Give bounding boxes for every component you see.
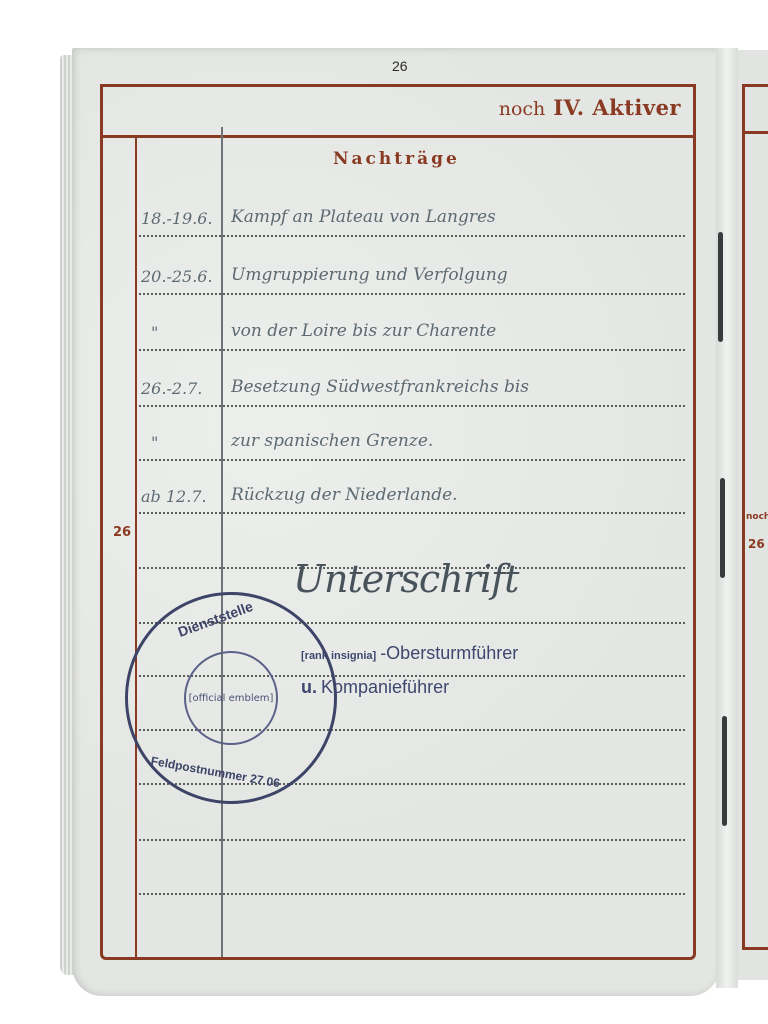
section-title: Nachträge [333,149,460,169]
entry-date: 18.-19.6. [141,209,217,228]
entry-date: 26.-2.7. [141,379,217,398]
entry-date: 20.-25.6. [141,267,217,286]
ruled-line [139,405,685,407]
rank-line-1: [rank insignia]-Obersturmführer [301,643,518,664]
ruled-line [139,512,685,514]
ruled-line [139,235,685,237]
facing-page-number: 26 [748,537,765,551]
entry-date: " [141,433,227,452]
side-page-number: 26 [113,525,131,540]
stamp-top-text: Dienststelle [176,598,255,640]
ruled-line [139,839,685,841]
entry-text: von der Loire bis zur Charente [231,321,691,341]
inner-margin-line [135,135,137,957]
entry-text: Umgruppierung und Verfolgung [231,265,691,285]
staple-bottom [722,716,727,826]
entry-text: Besetzung Südwestfrankreichs bis [231,377,691,397]
stamp-bottom-text: Feldpostnummer 27 06 [150,754,281,790]
rank-text: Kompanieführer [321,677,449,697]
entry-text: Kampf an Plateau von Langres [231,207,691,227]
office-stamp: Dienststelle [official emblem] Feldpostn… [125,592,337,804]
rank-text: -Obersturmführer [380,643,518,663]
stamp-emblem-placeholder: [official emblem] [184,651,278,745]
ruled-line [139,349,685,351]
ruled-line [139,459,685,461]
entry-text: Rückzug der Niederlande. [231,485,691,505]
ruled-line [139,293,685,295]
entry-date: ab 12.7. [141,487,217,506]
header-title: nochIV. Aktiver [499,95,681,120]
staple-top [718,232,723,342]
ruled-line [139,893,685,895]
date-column-divider [221,127,223,957]
header-section: IV. Aktiver [553,95,681,120]
form-header: nochIV. Aktiver [103,87,693,138]
staple-middle [720,478,725,578]
entry-form-frame: nochIV. Aktiver Nachträge 26 18.-19.6. K… [100,84,696,960]
facing-page-header-fragment: noch [746,512,768,522]
page-number: 26 [392,58,408,74]
header-prefix: noch [499,98,546,120]
officer-signature: Unterschrift [293,557,518,601]
entry-date: " [141,323,227,342]
entry-text: zur spanischen Grenze. [231,431,691,451]
